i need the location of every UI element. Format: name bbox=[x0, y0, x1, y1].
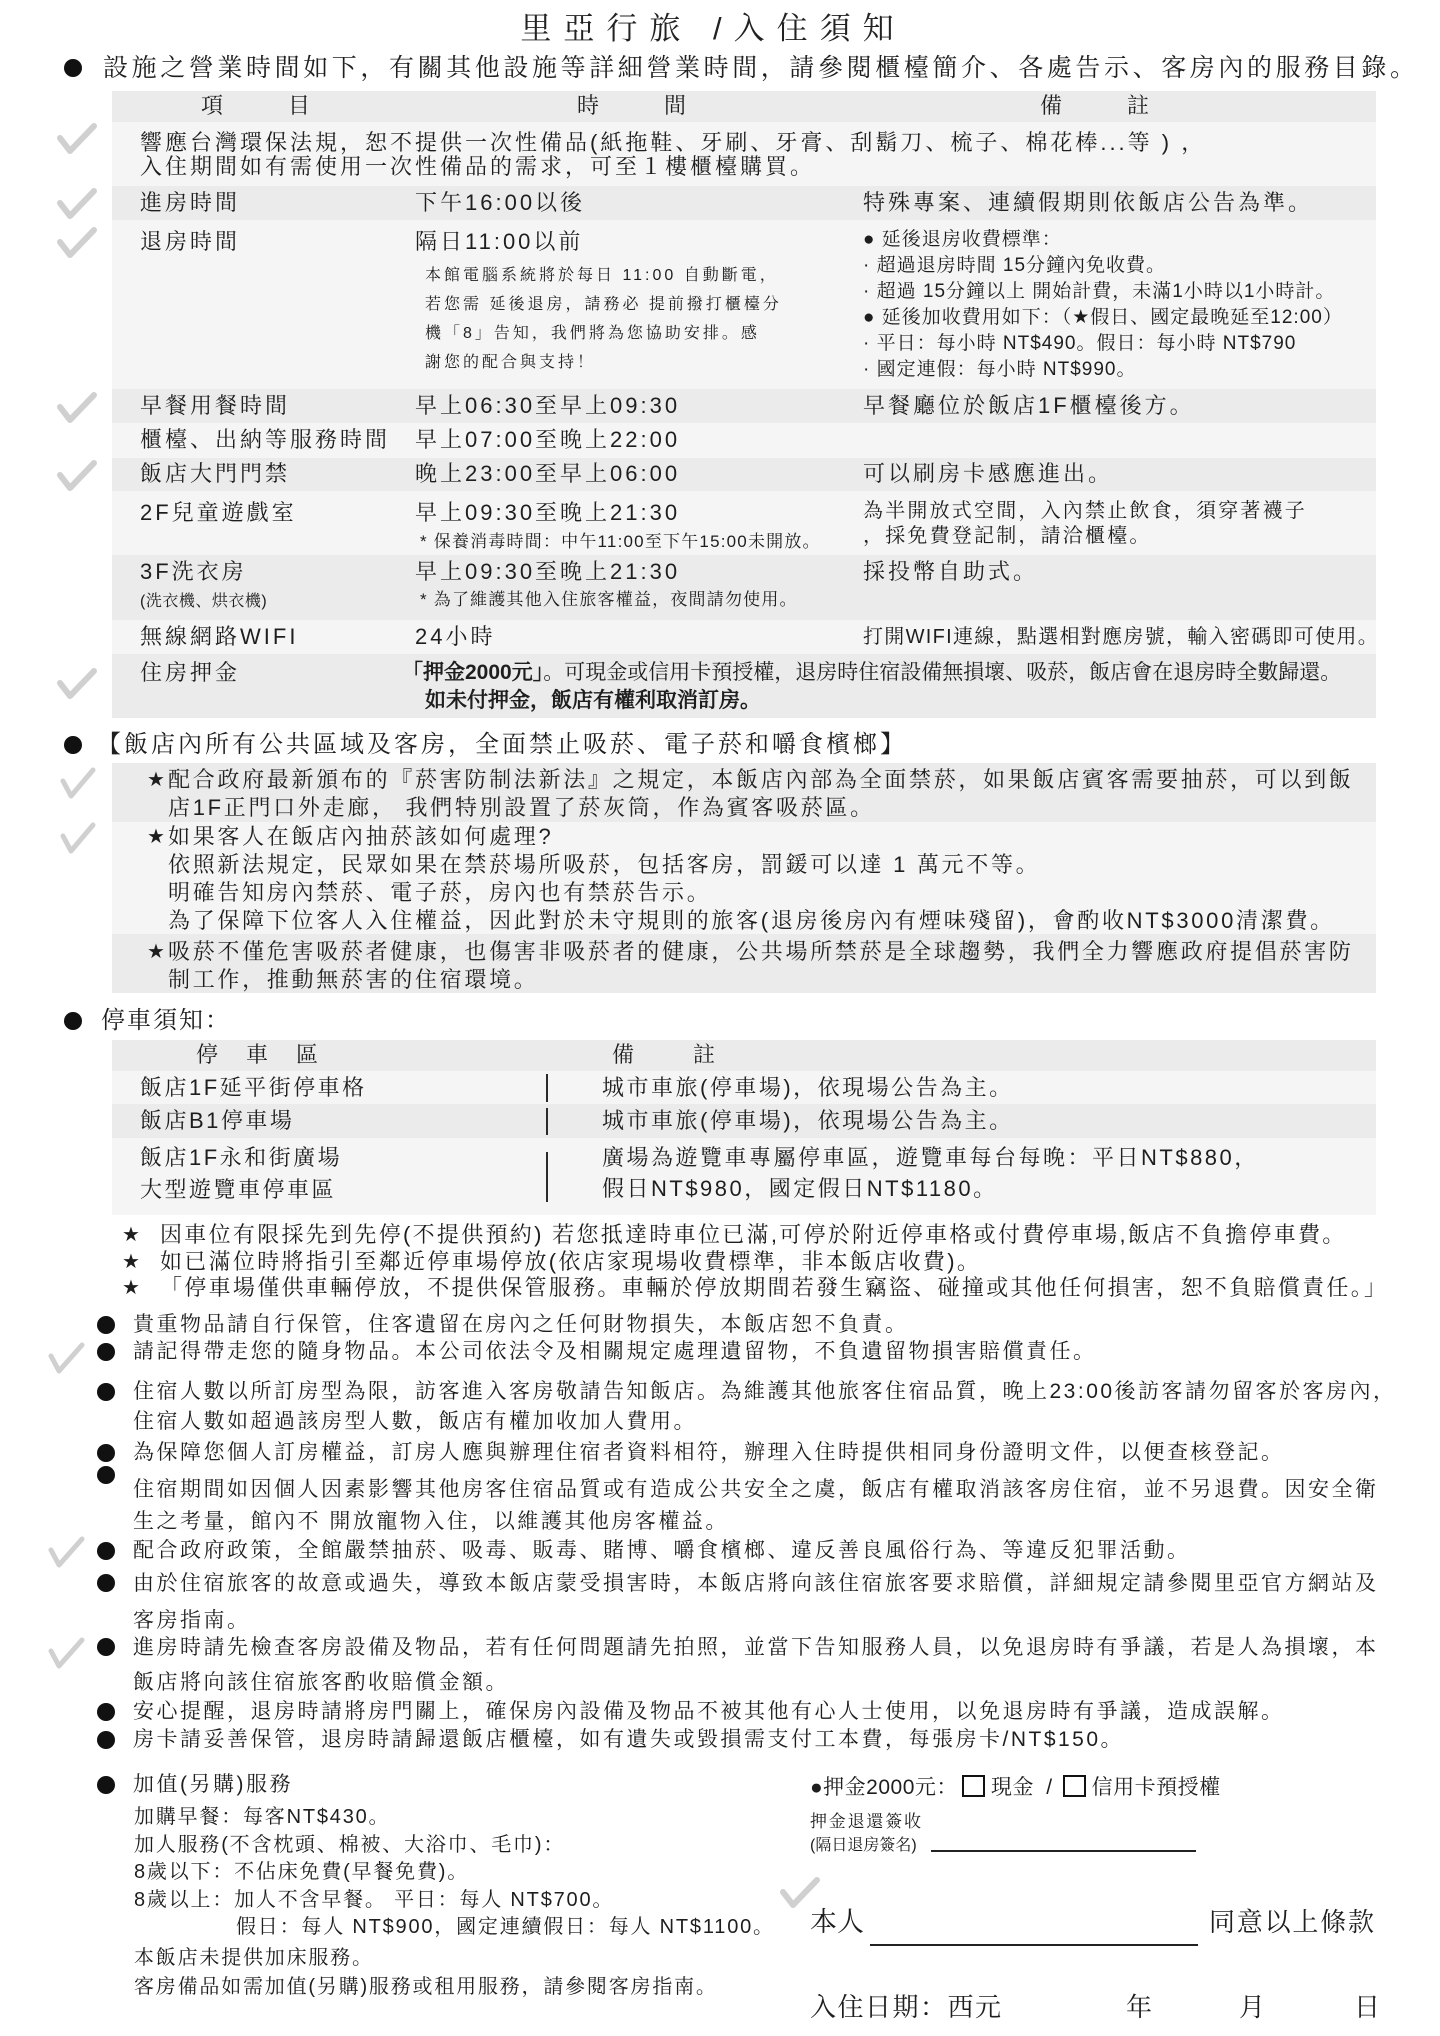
addon-line: 8歲以下：不佔床免費(早餐免費)。 bbox=[134, 1858, 469, 1886]
no-smoking-box: ★ 配合政府最新頒布的『菸害防制法新法』之規定，本飯店內部為全面禁菸，如果飯店賓… bbox=[112, 763, 1376, 993]
smoking-item: ★ 配合政府最新頒布的『菸害防制法新法』之規定，本飯店內部為全面禁菸，如果飯店賓… bbox=[112, 763, 1376, 822]
item-label: 退房時間 bbox=[140, 229, 240, 255]
option-cash-label: 現金 bbox=[991, 1776, 1034, 1799]
rule-item: 進房時請先檢查客房設備及物品，若有任何問題請先拍照，並當下告知服務人員，以免退房… bbox=[97, 1630, 1379, 1700]
note-text: 可以刷房卡感應進出。 bbox=[863, 461, 1113, 487]
time-note: * 為了維護其他入住旅客權益，夜間請勿使用。 bbox=[420, 589, 798, 611]
table-row-deposit: 住房押金 「押金2000元」。可現金或信用卡預授權，退房時住宿設備無損壞、吸菸，… bbox=[112, 654, 1376, 718]
star-icon: ★ bbox=[122, 1249, 142, 1276]
item-sublabel: (洗衣機、烘衣機) bbox=[140, 591, 267, 613]
parking-note-item: ★ 因車位有限採先到先停(不提供預約) 若您抵達時車位已滿,可停於附近停車格或付… bbox=[122, 1222, 1382, 1249]
text-line: 為半開放式空間，入內禁止飲食，須穿著襪子 bbox=[863, 499, 1307, 524]
rule-item: 為保障您個人訂房權益，訂房人應與辦理住宿者資料相符，辦理入住時提供相同身份證明文… bbox=[97, 1438, 1285, 1468]
no-smoking-heading: 【飯店內所有公共區域及客房，全面禁止吸菸、電子菸和嚼食檳榔】 bbox=[97, 729, 907, 761]
parking-note: 城市車旅(停車場)，依現場公告為主。 bbox=[602, 1075, 1014, 1101]
bullet-icon bbox=[97, 1383, 115, 1401]
item-label: 住房押金 bbox=[140, 660, 240, 686]
bullet-icon bbox=[97, 1638, 115, 1656]
item-label: 3F洗衣房 bbox=[140, 559, 247, 585]
rule-text: 住宿人數如超過該房型人數，飯店有權加收加人費用。 bbox=[133, 1407, 1397, 1437]
parking-row: 飯店1F延平街停車格 城市車旅(停車場)，依現場公告為主。 bbox=[112, 1071, 1376, 1104]
deposit-warning: 如未付押金，飯店有權利取消訂房。 bbox=[402, 687, 1341, 715]
note-text: 早餐廳位於飯店1F櫃檯後方。 bbox=[863, 393, 1195, 419]
bullet-icon bbox=[97, 1316, 115, 1334]
checkmark-icon bbox=[57, 188, 97, 220]
checkout-power-off-note: 本館電腦系統將於每日 11:00 自動斷電， 若您需 延後退房，請務必 提前撥打… bbox=[425, 261, 782, 377]
note-text: 採投幣自助式。 bbox=[863, 559, 1038, 585]
text-line: 吸菸不僅危害吸菸者健康，也傷害非吸菸者的健康，公共場所禁菸是全球趨勢，我們全力響… bbox=[168, 938, 1354, 966]
deposit-label: ●押金2000元： bbox=[810, 1776, 958, 1799]
addon-line: 客房備品如需加值(另購)服務或租用服務，請參閱客房指南。 bbox=[134, 1973, 718, 2001]
note-text: 為半開放式空間，入內禁止飲食，須穿著襪子 ，採免費登記制，請洽櫃檯。 bbox=[863, 499, 1307, 549]
rule-text: 為保障您個人訂房權益，訂房人應與辦理住宿者資料相符，辦理入住時提供相同身份證明文… bbox=[133, 1438, 1285, 1468]
bullet-icon bbox=[97, 1542, 115, 1560]
table-row-amenities-policy: 響應台灣環保法規，恕不提供一次性備品(紙拖鞋、牙刷、牙膏、刮鬍刀、梳子、棉花棒.… bbox=[112, 122, 1376, 186]
star-icon: ★ bbox=[147, 938, 165, 966]
time-value: 晚上23:00至早上06:00 bbox=[415, 461, 680, 487]
rule-item: 貴重物品請自行保管，住客遺留在房內之任何財物損失，本飯店恕不負責。 bbox=[97, 1310, 909, 1340]
agreement-text: 同意以上條款 bbox=[1209, 1905, 1376, 1939]
checkmark-icon bbox=[57, 123, 97, 155]
table-header-row: 停 車 區 備 註 bbox=[112, 1040, 1376, 1071]
bullet-icon bbox=[97, 1466, 115, 1484]
parking-area: 飯店B1停車場 bbox=[140, 1108, 294, 1134]
table-row-checkin: 進房時間 下午16:00以後 特殊專案、連續假期則依飯店公告為準。 bbox=[112, 186, 1376, 220]
text-line: 配合政府最新頒布的『菸害防制法新法』之規定，本飯店內部為全面禁菸，如果飯店賓客需… bbox=[168, 766, 1354, 794]
star-icon: ★ bbox=[147, 823, 165, 851]
star-icon: ★ bbox=[122, 1222, 142, 1249]
text-line: 制工作，推動無菸害的住宿環境。 bbox=[168, 966, 1354, 994]
parking-notes: ★ 因車位有限採先到先停(不提供預約) 若您抵達時車位已滿,可停於附近停車格或付… bbox=[122, 1222, 1382, 1302]
smoking-item: ★ 如果客人在飯店內抽菸該如何處理? 依照新法規定，民眾如果在禁菸場所吸菸，包括… bbox=[112, 822, 1376, 934]
checkbox-credit-card[interactable] bbox=[1063, 1775, 1086, 1797]
item-label: 2F兒童遊戲室 bbox=[140, 500, 297, 526]
checkmark-icon bbox=[57, 227, 97, 259]
parking-note-text: 「停車場僅供車輛停放，不提供保管服務。車輛於停放期間若發生竊盜、碰撞或其他任何損… bbox=[160, 1275, 1388, 1302]
checkmark-icon bbox=[57, 822, 97, 854]
text-line: 廣場為遊覽車專屬停車區，遊覽車每台每晚：平日NT$880， bbox=[602, 1142, 1259, 1173]
parking-heading: 停車須知： bbox=[101, 1005, 231, 1037]
checkbox-cash[interactable] bbox=[962, 1775, 985, 1797]
facility-hours-table: 項 目 時 間 備 註 響應台灣環保法規，恕不提供一次性備品(紙拖鞋、牙刷、牙膏… bbox=[112, 91, 1376, 718]
rule-text: 生之考量，館內不 開放寵物入住，以維護其他房客權益。 bbox=[133, 1506, 1379, 1538]
text-line: 飯店1F永和街廣場 bbox=[140, 1142, 342, 1174]
facility-hours-intro: 設施之營業時間如下，有關其他設施等詳細營業時間，請參閱櫃檯簡介、各處告示、客房內… bbox=[103, 52, 1419, 84]
rule-item: 安心提醒，退房時請將房門關上，確保房內設備及物品不被其他有心人士使用，以免退房時… bbox=[97, 1697, 1285, 1727]
rule-item: 配合政府政策，全館嚴禁抽菸、吸毒、販毒、賭博、嚼食檳榔、違反善良風俗行為、等違反… bbox=[97, 1536, 1191, 1566]
time-value: 早上09:30至晚上21:30 bbox=[415, 559, 680, 585]
note-text: 特殊專案、連續假期則依飯店公告為準。 bbox=[863, 190, 1313, 216]
parking-row: 飯店1F永和街廣場 大型遊覽車停車區 廣場為遊覽車專屬停車區，遊覽車每台每晚：平… bbox=[112, 1138, 1376, 1215]
text-line: 店1F正門口外走廊， 我們特別設置了菸灰筒，作為賓客吸菸區。 bbox=[168, 794, 1354, 822]
rule-text: 住宿期間如因個人因素影響其他房客住宿品質或有造成公共安全之虞，飯店有權取消該客房… bbox=[133, 1474, 1379, 1506]
rule-text: 進房時請先檢查客房設備及物品，若有任何問題請先拍照，並當下告知服務人員，以免退房… bbox=[133, 1630, 1379, 1665]
parking-area: 飯店1F延平街停車格 bbox=[140, 1075, 367, 1101]
rule-text: 請記得帶走您的隨身物品。本公司依法令及相關規定處理遺留物，不負遺留物損害賠償責任… bbox=[133, 1337, 1097, 1367]
bullet-icon bbox=[64, 1012, 82, 1030]
column-header-time: 時 間 bbox=[577, 93, 693, 119]
table-row-kids-playroom: 2F兒童遊戲室 早上09:30至晚上21:30 * 保養消毒時間：中午11:00… bbox=[112, 491, 1376, 555]
column-header-area: 停 車 區 bbox=[196, 1042, 321, 1068]
table-row-breakfast: 早餐用餐時間 早上06:30至早上09:30 早餐廳位於飯店1F櫃檯後方。 bbox=[112, 389, 1376, 423]
parking-note-text: 如已滿位時將指引至鄰近停車場停放(依店家現場收費標準，非本飯店收費)。 bbox=[160, 1249, 981, 1276]
text-line: 為了保障下位客人入住權益，因此對於未守規則的旅客(退房後房內有煙味殘留)，會酌收… bbox=[168, 907, 1335, 935]
text-line: ● 延後加收費用如下：（★假日、國定最晚延至12:00） bbox=[863, 305, 1343, 331]
smoking-item-text: 配合政府最新頒布的『菸害防制法新法』之規定，本飯店內部為全面禁菸，如果飯店賓客需… bbox=[168, 766, 1354, 822]
option-separator: / bbox=[1046, 1776, 1052, 1799]
column-header-note: 備 註 bbox=[612, 1042, 720, 1068]
table-row-front-desk: 櫃檯、出納等服務時間 早上07:00至晚上22:00 bbox=[112, 423, 1376, 458]
checkmark-icon bbox=[46, 1342, 86, 1374]
checkmark-icon bbox=[57, 460, 97, 492]
bullet-icon bbox=[97, 1776, 115, 1794]
table-row-wifi: 無線網路WIFI 24小時 打開WIFI連線，點選相對應房號，輸入密碼即可使用。 bbox=[112, 620, 1376, 654]
time-value: 隔日11:00以前 bbox=[415, 229, 583, 255]
text-line: 如果客人在飯店內抽菸該如何處理? bbox=[168, 823, 1335, 851]
column-divider bbox=[546, 1108, 548, 1135]
deposit-amount: 「押金2000元」 bbox=[402, 661, 543, 684]
page-title: 里亞行旅 /入住須知 bbox=[0, 9, 1426, 49]
text-line: 大型遊覽車停車區 bbox=[140, 1174, 342, 1206]
date-year-label: 年 bbox=[1126, 1990, 1152, 2024]
text-line: 本館電腦系統將於每日 11:00 自動斷電， bbox=[425, 261, 782, 290]
note-text: 打開WIFI連線，點選相對應房號，輸入密碼即可使用。 bbox=[863, 624, 1379, 650]
rule-text: 貴重物品請自行保管，住客遺留在房內之任何財物損失，本飯店恕不負責。 bbox=[133, 1310, 909, 1340]
bullet-icon bbox=[97, 1444, 115, 1462]
parking-note-item: ★ 「停車場僅供車輛停放，不提供保管服務。車輛於停放期間若發生竊盜、碰撞或其他任… bbox=[122, 1275, 1382, 1302]
parking-note: 廣場為遊覽車專屬停車區，遊覽車每台每晚：平日NT$880， 假日NT$980，國… bbox=[602, 1142, 1259, 1204]
text-line: 機「8」告知，我們將為您協助安排。感 bbox=[425, 319, 782, 348]
item-label: 櫃檯、出納等服務時間 bbox=[140, 427, 390, 453]
item-label: 進房時間 bbox=[140, 190, 240, 216]
rule-text: 由於住宿旅客的故意或過失，導致本飯店蒙受損害時，本飯店將向該住宿旅客要求賠償，詳… bbox=[133, 1565, 1379, 1602]
text-line: 假日NT$980，國定假日NT$1180。 bbox=[602, 1173, 1259, 1204]
table-row-laundry: 3F洗衣房 (洗衣機、烘衣機) 早上09:30至晚上21:30 * 為了維護其他… bbox=[112, 555, 1376, 620]
item-label: 早餐用餐時間 bbox=[140, 393, 290, 419]
time-note: * 保養消毒時間：中午11:00至下午15:00未開放。 bbox=[420, 531, 821, 553]
column-divider bbox=[546, 1074, 548, 1102]
refund-signature-field[interactable] bbox=[931, 1850, 1196, 1852]
parking-note-text: 因車位有限採先到先停(不提供預約) 若您抵達時車位已滿,可停於附近停車格或付費停… bbox=[160, 1222, 1347, 1249]
addon-heading-item: 加值(另購)服務 bbox=[97, 1770, 293, 1800]
deposit-policy-text: 「押金2000元」。可現金或信用卡預授權，退房時住宿設備無損壞、吸菸，飯店會在退… bbox=[402, 659, 1341, 715]
text-line: 謝您的配合與支持！ bbox=[425, 348, 782, 377]
checkmark-icon bbox=[57, 767, 97, 799]
addon-line: 加購早餐：每客NT$430。 bbox=[134, 1803, 390, 1831]
time-value: 24小時 bbox=[415, 624, 495, 650]
parking-row: 飯店B1停車場 城市車旅(停車場)，依現場公告為主。 bbox=[112, 1104, 1376, 1138]
table-row-main-door: 飯店大門門禁 晚上23:00至早上06:00 可以刷房卡感應進出。 bbox=[112, 458, 1376, 491]
checkmark-icon bbox=[780, 1877, 820, 1909]
item-label: 飯店大門門禁 bbox=[140, 461, 290, 487]
text-line: 若您需 延後退房，請務必 提前撥打櫃檯分 bbox=[425, 290, 782, 319]
addon-line: 8歲以上：加人不含早餐。 平日：每人 NT$700。 bbox=[134, 1886, 614, 1914]
text-line: ，採免費登記制，請洽櫃檯。 bbox=[863, 524, 1307, 549]
bullet-icon bbox=[97, 1343, 115, 1361]
guest-signature-field[interactable] bbox=[870, 1944, 1198, 1946]
refund-signature-label: 押金退還簽收 bbox=[810, 1810, 923, 1834]
smoking-item: ★ 吸菸不僅危害吸菸者健康，也傷害非吸菸者的健康，公共場所禁菸是全球趨勢，我們全… bbox=[112, 934, 1376, 993]
checkmark-icon bbox=[57, 392, 97, 424]
table-row-checkout: 退房時間 隔日11:00以前 本館電腦系統將於每日 11:00 自動斷電， 若您… bbox=[112, 220, 1376, 389]
parking-table: 停 車 區 備 註 飯店1F延平街停車格 城市車旅(停車場)，依現場公告為主。 … bbox=[112, 1040, 1376, 1215]
time-value: 早上09:30至晚上21:30 bbox=[415, 500, 680, 526]
text-line: ● 延後退房收費標準： bbox=[863, 227, 1343, 253]
refund-signature-sublabel: (隔日退房簽名) bbox=[810, 1835, 917, 1857]
rule-item: 請記得帶走您的隨身物品。本公司依法令及相關規定處理遺留物，不負遺留物損害賠償責任… bbox=[97, 1337, 1097, 1367]
checkmark-icon bbox=[46, 1536, 86, 1568]
time-value: 早上07:00至晚上22:00 bbox=[415, 427, 680, 453]
table-header-row: 項 目 時 間 備 註 bbox=[112, 91, 1376, 122]
rule-text: 安心提醒，退房時請將房門關上，確保房內設備及物品不被其他有心人士使用，以免退房時… bbox=[133, 1697, 1285, 1727]
column-divider bbox=[546, 1152, 548, 1202]
smoking-item-text: 如果客人在飯店內抽菸該如何處理? 依照新法規定，民眾如果在禁菸場所吸菸，包括客房… bbox=[168, 823, 1335, 935]
rule-item: 房卡請妥善保管，退房時請歸還飯店櫃檯，如有遺失或毀損需支付工本費，每張房卡/NT… bbox=[97, 1725, 1124, 1755]
rule-text: 房卡請妥善保管，退房時請歸還飯店櫃檯，如有遺失或毀損需支付工本費，每張房卡/NT… bbox=[133, 1725, 1124, 1755]
text-line: · 超過 15分鐘以上 開始計費，未滿1小時以1小時計。 bbox=[863, 279, 1343, 305]
star-icon: ★ bbox=[122, 1275, 142, 1302]
bullet-icon bbox=[97, 1574, 115, 1592]
rule-text: 配合政府政策，全館嚴禁抽菸、吸毒、販毒、賭博、嚼食檳榔、違反善良風俗行為、等違反… bbox=[133, 1536, 1191, 1566]
item-label: 無線網路WIFI bbox=[140, 624, 298, 650]
checkmark-icon bbox=[57, 668, 97, 700]
bullet-icon bbox=[64, 59, 82, 77]
deposit-payment-method: ●押金2000元：現金 /信用卡預授權 bbox=[810, 1774, 1221, 1802]
bullet-icon bbox=[97, 1703, 115, 1721]
checkin-date-label: 入住日期：西元 bbox=[810, 1990, 1003, 2024]
date-day-label: 日 bbox=[1354, 1990, 1380, 2024]
text-line: 響應台灣環保法規，恕不提供一次性備品(紙拖鞋、牙刷、牙膏、刮鬍刀、梳子、棉花棒.… bbox=[140, 131, 1206, 155]
rule-item: 由於住宿旅客的故意或過失，導致本飯店蒙受損害時，本飯店將向該住宿旅客要求賠償，詳… bbox=[97, 1565, 1379, 1639]
text-line: · 平日：每小時 NT$490。假日：每小時 NT$790 bbox=[863, 331, 1343, 357]
addon-line: 加人服務(不含枕頭、棉被、大浴巾、毛巾)： bbox=[134, 1831, 565, 1859]
addon-line: 假日：每人 NT$900，國定連續假日：每人 NT$1100。 bbox=[236, 1913, 775, 1941]
rule-text: 住宿人數以所訂房型為限，訪客進入客房敬請告知飯店。為維護其他旅客住宿品質，晚上2… bbox=[133, 1377, 1397, 1407]
late-checkout-fees: ● 延後退房收費標準： · 超過退房時間 15分鐘內免收費。 · 超過 15分鐘… bbox=[863, 227, 1343, 383]
text-line: 明確告知房內禁菸、電子菸，房內也有禁菸告示。 bbox=[168, 879, 1335, 907]
parking-note: 城市車旅(停車場)，依現場公告為主。 bbox=[602, 1108, 1014, 1134]
rule-item: 住宿人數以所訂房型為限，訪客進入客房敬請告知飯店。為維護其他旅客住宿品質，晚上2… bbox=[97, 1377, 1397, 1437]
smoking-item-text: 吸菸不僅危害吸菸者健康，也傷害非吸菸者的健康，公共場所禁菸是全球趨勢，我們全力響… bbox=[168, 938, 1354, 994]
bullet-icon bbox=[64, 736, 82, 754]
date-month-label: 月 bbox=[1239, 1990, 1265, 2024]
parking-area: 飯店1F永和街廣場 大型遊覽車停車區 bbox=[140, 1142, 342, 1206]
amenities-policy-text: 響應台灣環保法規，恕不提供一次性備品(紙拖鞋、牙刷、牙膏、刮鬍刀、梳子、棉花棒.… bbox=[140, 131, 1206, 179]
rule-item: 住宿期間如因個人因素影響其他房客住宿品質或有造成公共安全之虞，飯店有權取消該客房… bbox=[97, 1474, 1379, 1538]
text-line: 依照新法規定，民眾如果在禁菸場所吸菸，包括客房，罰鍰可以達 1 萬元不等。 bbox=[168, 851, 1335, 879]
bullet-icon bbox=[97, 1731, 115, 1749]
deposit-terms: 。可現金或信用卡預授權，退房時住宿設備無損壞、吸菸，飯店會在退房時全數歸還。 bbox=[543, 661, 1341, 684]
time-value: 早上06:30至早上09:30 bbox=[415, 393, 680, 419]
addon-heading: 加值(另購)服務 bbox=[133, 1770, 293, 1800]
time-value: 下午16:00以後 bbox=[415, 190, 585, 216]
text-line: 「押金2000元」。可現金或信用卡預授權，退房時住宿設備無損壞、吸菸，飯店會在退… bbox=[402, 659, 1341, 687]
column-header-item: 項 目 bbox=[201, 93, 317, 119]
star-icon: ★ bbox=[147, 766, 165, 794]
text-line: · 國定連假：每小時 NT$990。 bbox=[863, 357, 1343, 383]
addon-line: 本飯店未提供加床服務。 bbox=[134, 1944, 374, 1972]
column-header-note: 備 註 bbox=[1040, 93, 1156, 119]
signer-prefix: 本人 bbox=[810, 1905, 864, 1939]
text-line: · 超過退房時間 15分鐘內免收費。 bbox=[863, 253, 1343, 279]
checkmark-icon bbox=[46, 1637, 86, 1669]
rule-text: 飯店將向該住宿旅客酌收賠償金額。 bbox=[133, 1665, 1379, 1700]
parking-note-item: ★ 如已滿位時將指引至鄰近停車場停放(依店家現場收費標準，非本飯店收費)。 bbox=[122, 1249, 1382, 1276]
text-line: 入住期間如有需使用一次性備品的需求，可至１樓櫃檯購買。 bbox=[140, 155, 1206, 179]
option-card-label: 信用卡預授權 bbox=[1092, 1776, 1221, 1799]
